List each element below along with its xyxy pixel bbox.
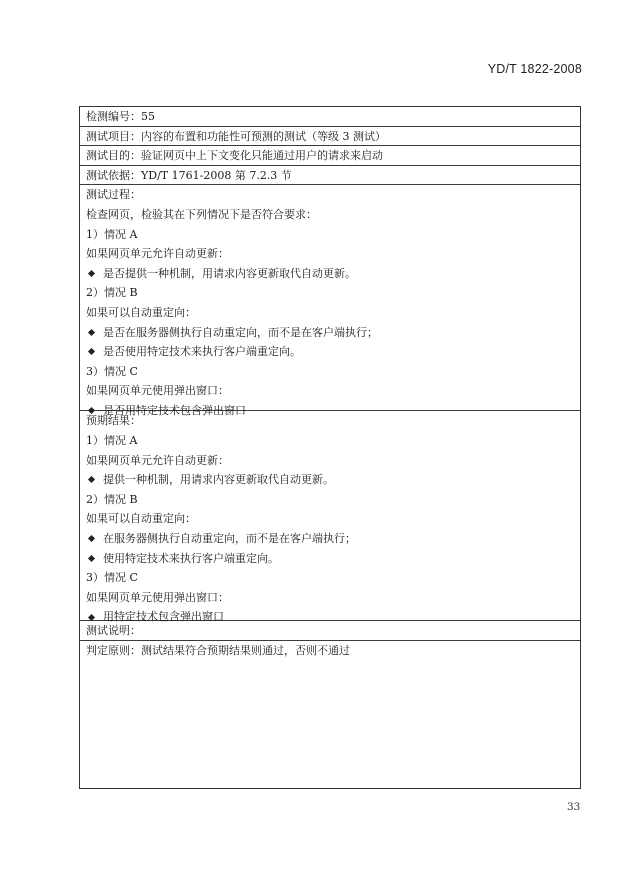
process-title: 测试过程： xyxy=(86,185,574,205)
diamond-bullet-icon xyxy=(88,329,95,336)
process-case-a-label: 1）情况 A xyxy=(86,225,574,245)
diamond-bullet-icon xyxy=(88,270,95,277)
test-purpose-row: 测试目的：验证网页中上下文变化只能通过用户的请求来启动 xyxy=(80,146,580,166)
standard-code: YD/T 1822-2008 xyxy=(488,62,582,76)
process-intro: 检查网页，检验其在下列情况下是否符合要求： xyxy=(86,205,574,225)
bullet-text: 是否在服务器侧执行自动重定向，而不是在客户端执行； xyxy=(103,323,378,343)
process-case-a-condition: 如果网页单元允许自动更新： xyxy=(86,244,574,264)
diamond-bullet-icon xyxy=(88,535,95,542)
diamond-bullet-icon xyxy=(88,348,95,355)
page-number: 33 xyxy=(567,801,580,813)
expected-case-a-bullet: 提供一种机制，用请求内容更新取代自动更新。 xyxy=(86,470,574,490)
expected-case-b-condition: 如果可以自动重定向： xyxy=(86,509,574,529)
criteria-text: 判定原则：测试结果符合预期结果则通过，否则不通过 xyxy=(86,641,574,661)
expected-case-b-label: 2）情况 B xyxy=(86,490,574,510)
test-basis: 测试依据：YD/T 1761-2008 第 7.2.3 节 xyxy=(86,166,574,186)
expected-case-c-label: 3）情况 C xyxy=(86,568,574,588)
process-case-b-label: 2）情况 B xyxy=(86,283,574,303)
expected-case-a-label: 1）情况 A xyxy=(86,431,574,451)
process-case-b-bullet: 是否使用特定技术来执行客户端重定向。 xyxy=(86,342,574,362)
test-id-row: 检测编号：55 xyxy=(80,107,580,127)
test-case-table: 检测编号：55 测试项目：内容的布置和功能性可预测的测试（等级 3 测试） 测试… xyxy=(79,106,581,789)
criteria-row: 判定原则：测试结果符合预期结果则通过，否则不通过 xyxy=(80,641,580,788)
process-case-c-label: 3）情况 C xyxy=(86,362,574,382)
test-item: 测试项目：内容的布置和功能性可预测的测试（等级 3 测试） xyxy=(86,127,574,147)
bullet-text: 提供一种机制，用请求内容更新取代自动更新。 xyxy=(103,470,334,490)
test-basis-row: 测试依据：YD/T 1761-2008 第 7.2.3 节 xyxy=(80,166,580,186)
test-process-section: 测试过程： 检查网页，检验其在下列情况下是否符合要求： 1）情况 A 如果网页单… xyxy=(80,185,580,411)
expected-case-b-bullet: 使用特定技术来执行客户端重定向。 xyxy=(86,549,574,569)
bullet-text: 是否提供一种机制，用请求内容更新取代自动更新。 xyxy=(103,264,356,284)
diamond-bullet-icon xyxy=(88,555,95,562)
expected-case-a-condition: 如果网页单元允许自动更新： xyxy=(86,451,574,471)
test-purpose: 测试目的：验证网页中上下文变化只能通过用户的请求来启动 xyxy=(86,146,574,166)
bullet-text: 使用特定技术来执行客户端重定向。 xyxy=(103,549,279,569)
expected-result-section: 预期结果： 1）情况 A 如果网页单元允许自动更新： 提供一种机制，用请求内容更… xyxy=(80,411,580,621)
bullet-text: 在服务器侧执行自动重定向，而不是在客户端执行； xyxy=(103,529,356,549)
process-case-a-bullet: 是否提供一种机制，用请求内容更新取代自动更新。 xyxy=(86,264,574,284)
diamond-bullet-icon xyxy=(88,614,95,621)
expected-case-c-condition: 如果网页单元使用弹出窗口： xyxy=(86,588,574,608)
test-id: 检测编号：55 xyxy=(86,107,574,127)
bullet-text: 是否使用特定技术来执行客户端重定向。 xyxy=(103,342,301,362)
process-case-b-bullet: 是否在服务器侧执行自动重定向，而不是在客户端执行； xyxy=(86,323,574,343)
test-item-row: 测试项目：内容的布置和功能性可预测的测试（等级 3 测试） xyxy=(80,127,580,147)
process-case-c-condition: 如果网页单元使用弹出窗口： xyxy=(86,381,574,401)
diamond-bullet-icon xyxy=(88,476,95,483)
process-case-b-condition: 如果可以自动重定向： xyxy=(86,303,574,323)
expected-case-b-bullet: 在服务器侧执行自动重定向，而不是在客户端执行； xyxy=(86,529,574,549)
